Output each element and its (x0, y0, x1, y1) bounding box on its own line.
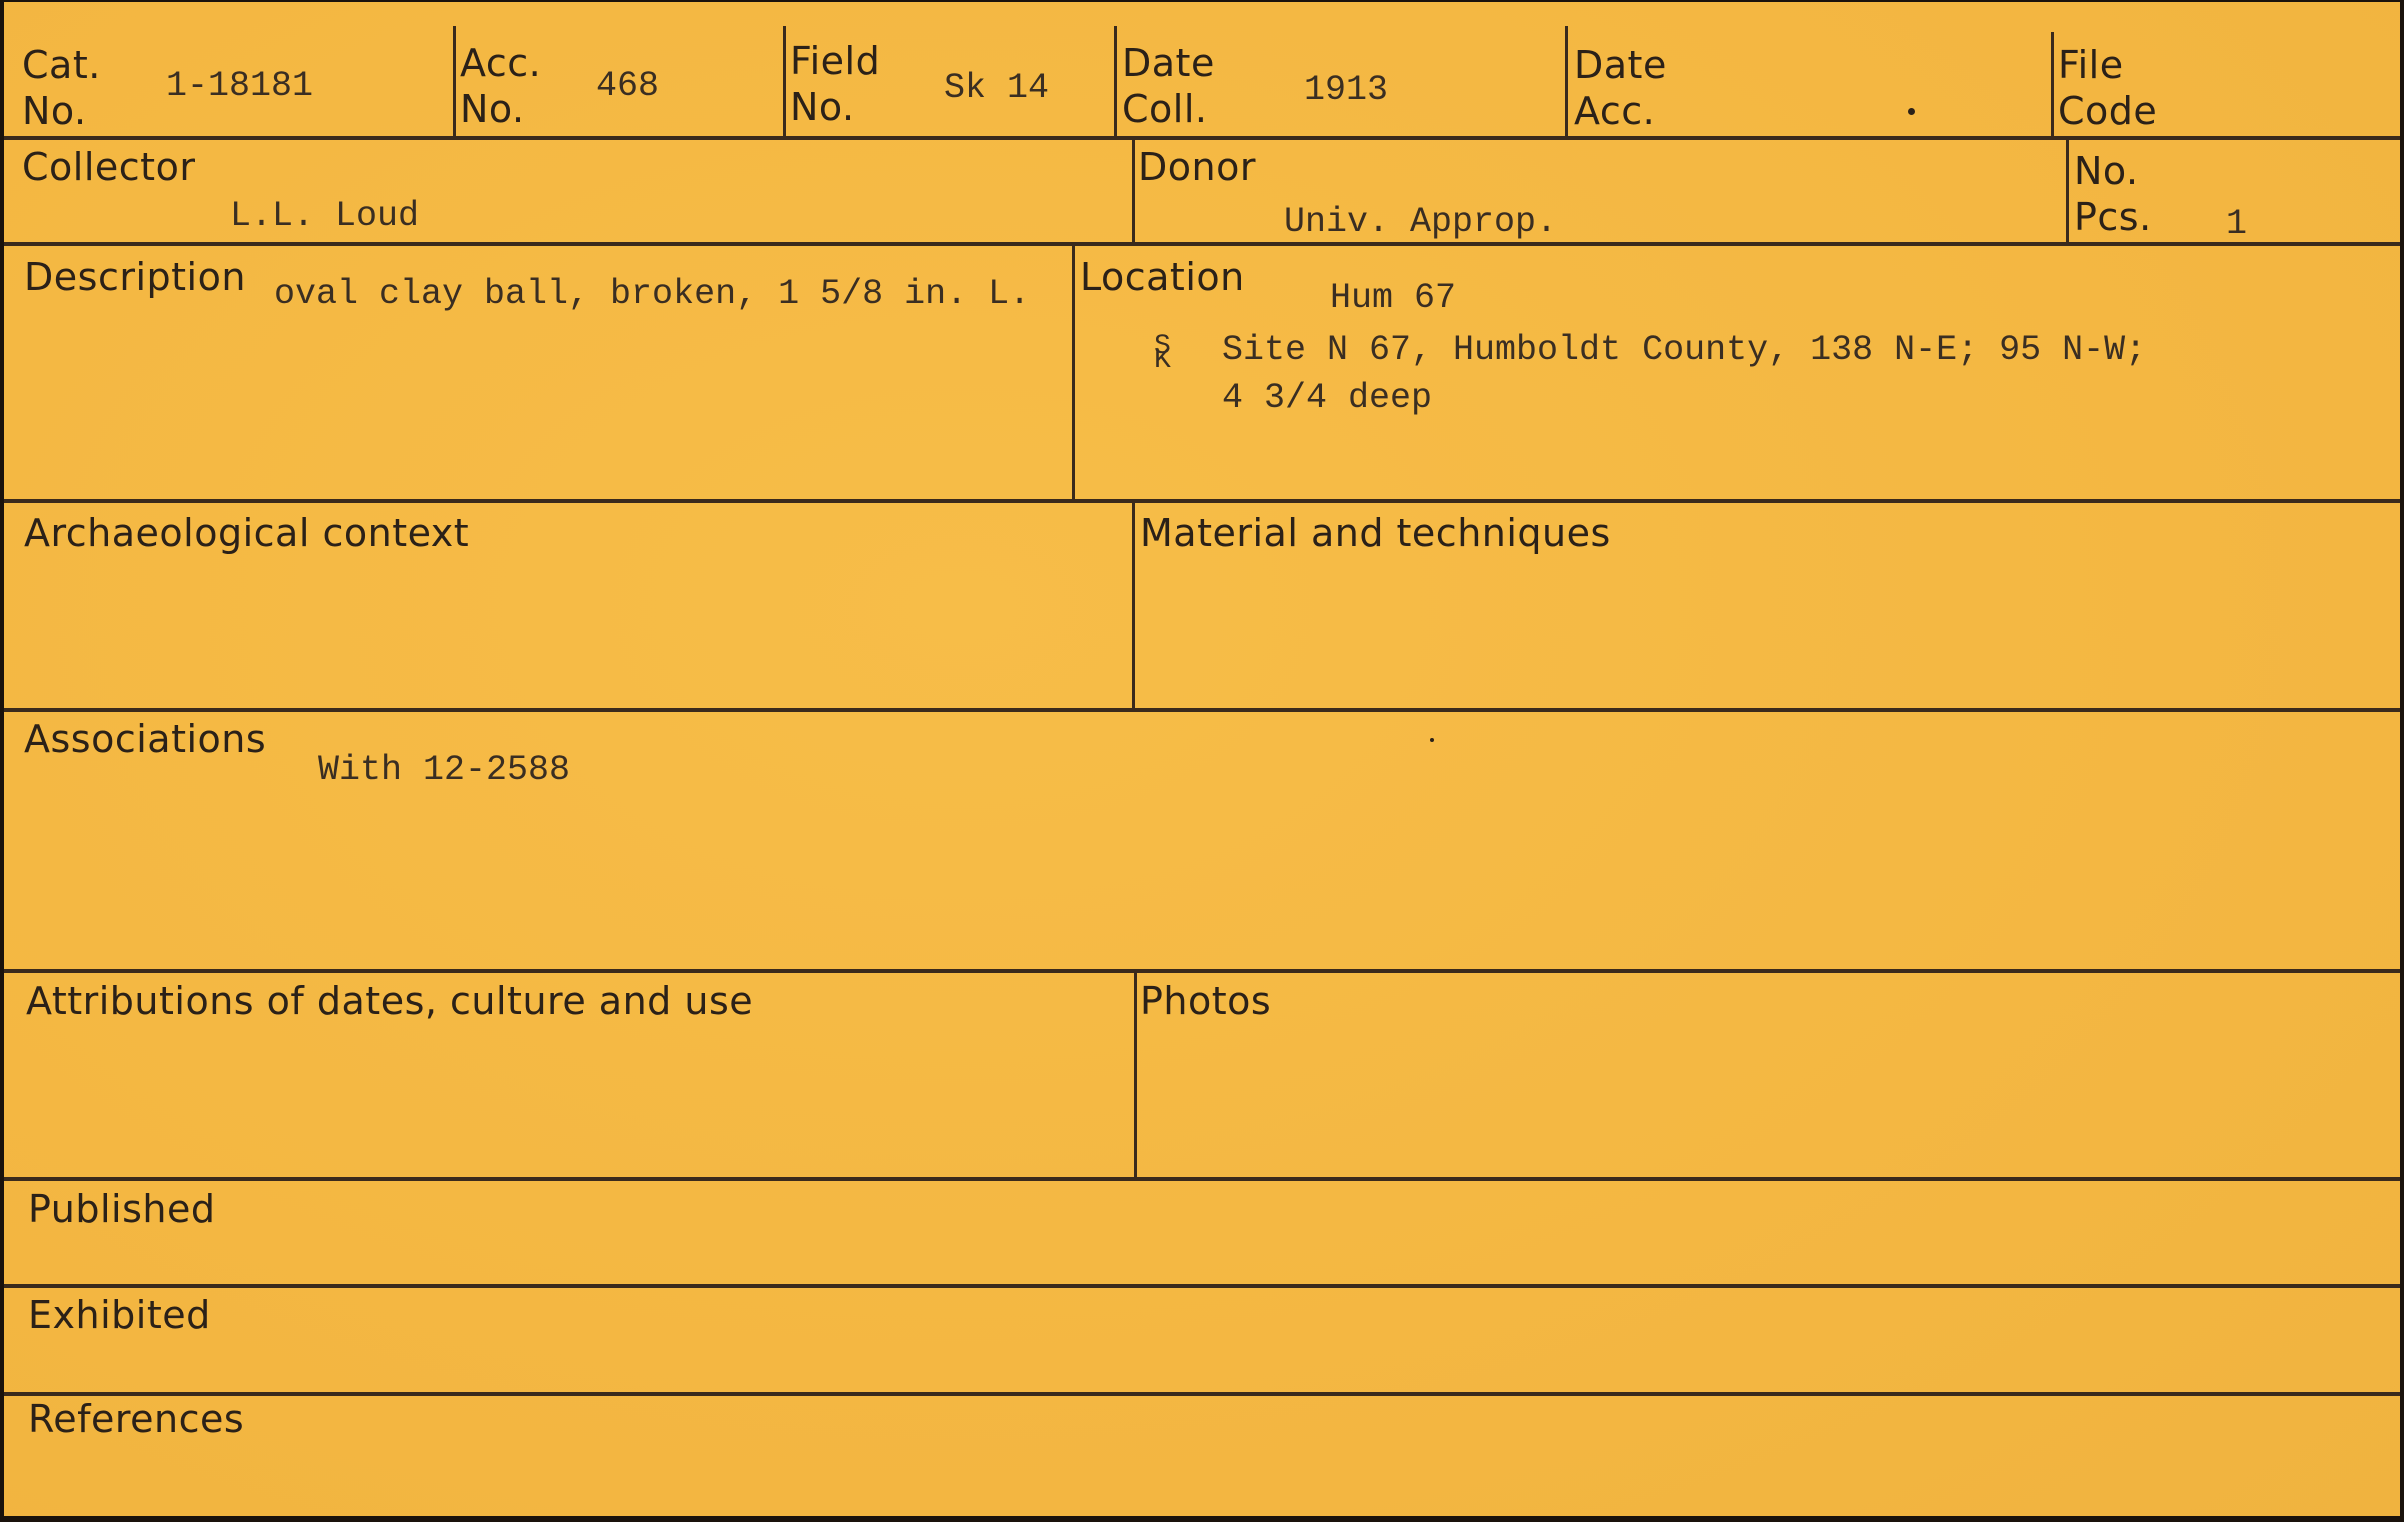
attributions-label: Attributions of dates, culture and use (26, 978, 753, 1024)
material-techniques-label: Material and techniques (1140, 510, 1611, 556)
no-pcs-label: No. Pcs. (2074, 148, 2152, 240)
archaeological-context-label: Archaeological context (24, 510, 469, 556)
cat-label-line1: Cat. (22, 42, 101, 88)
references-label: References (28, 1396, 244, 1442)
field-no-label: Field No. (790, 38, 880, 130)
location-line1: Site N 67, Humboldt County, 138 N-E; 95 … (1222, 328, 2146, 372)
description-label: Description (24, 254, 246, 300)
divider-description (4, 499, 2400, 503)
donor-value: Univ. Approp. (1284, 200, 1557, 244)
divider-v-acc (453, 26, 456, 138)
field-label-line2: No. (790, 84, 880, 130)
associations-value: With 12-2588 (318, 748, 570, 792)
acc-label-line2: No. (460, 86, 541, 132)
associations-label: Associations (24, 716, 266, 762)
divider-v-date-acc (1565, 26, 1568, 138)
location-line2: 4 3/4 deep (1222, 376, 1432, 420)
divider-v-file-code (2051, 32, 2054, 138)
location-site-code: Hum 67 (1330, 276, 1456, 320)
location-label: Location (1080, 254, 1245, 300)
divider-v-date-coll (1114, 26, 1117, 138)
divider-v-field (783, 26, 786, 138)
divider-v-no-pcs (2066, 138, 2069, 244)
collector-value: L.L. Loud (230, 194, 419, 238)
cat-no-label: Cat. No. (22, 42, 101, 134)
divider-v-photos (1134, 971, 1137, 1179)
exhibited-label: Exhibited (28, 1292, 211, 1338)
no-pcs-label-line1: No. (2074, 148, 2152, 194)
date-acc-label-line1: Date (1574, 42, 1667, 88)
no-pcs-label-line2: Pcs. (2074, 194, 2152, 240)
acc-no-value: 468 (596, 64, 659, 108)
file-code-label: File Code (2058, 42, 2157, 134)
stray-dot (1908, 108, 1915, 115)
description-value: oval clay ball, broken, 1 5/8 in. L. (274, 272, 1030, 316)
divider-context (4, 708, 2400, 712)
date-coll-label-line1: Date (1122, 40, 1215, 86)
date-acc-label: Date Acc. (1574, 42, 1667, 134)
cat-label-line2: No. (22, 88, 101, 134)
field-no-value: Sk 14 (944, 66, 1049, 110)
cat-no-value: 1-18181 (166, 64, 313, 108)
published-label: Published (28, 1186, 215, 1232)
date-coll-value: 1913 (1304, 68, 1388, 112)
date-coll-label: Date Coll. (1122, 40, 1215, 132)
divider-exhibited (4, 1392, 2400, 1396)
file-code-label-line1: File (2058, 42, 2157, 88)
location-mark: S K (1154, 336, 1171, 372)
no-pcs-value: 1 (2226, 202, 2247, 246)
acc-no-label: Acc. No. (460, 40, 541, 132)
file-code-label-line2: Code (2058, 88, 2157, 134)
date-acc-label-line2: Acc. (1574, 88, 1667, 134)
divider-collector (4, 242, 2400, 246)
divider-attributions (4, 1177, 2400, 1181)
divider-v-donor (1132, 138, 1135, 244)
photos-label: Photos (1140, 978, 1271, 1024)
stray-dot (1430, 738, 1434, 742)
divider-published (4, 1284, 2400, 1288)
divider-associations (4, 969, 2400, 973)
divider-v-material (1132, 501, 1135, 710)
divider-v-location (1072, 244, 1075, 501)
acc-label-line1: Acc. (460, 40, 541, 86)
collector-label: Collector (22, 144, 195, 190)
field-label-line1: Field (790, 38, 880, 84)
location-mark-bottom: K (1154, 350, 1171, 372)
divider-header (4, 136, 2400, 140)
date-coll-label-line2: Coll. (1122, 86, 1215, 132)
catalog-card: Cat. No. 1-18181 Acc. No. 468 Field No. … (4, 2, 2400, 1516)
donor-label: Donor (1138, 144, 1256, 190)
